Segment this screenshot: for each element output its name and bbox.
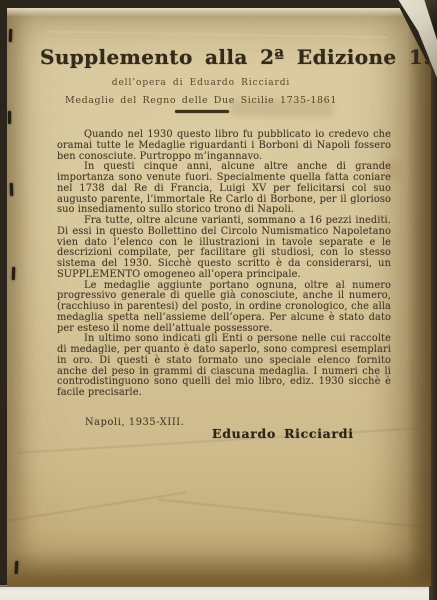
scanner-backing-strip [0, 585, 437, 600]
paragraph: Quando nel 1930 questo libro fu pubblica… [57, 130, 391, 162]
page-title: Supplemento alla 2ª Edizione 1930 [40, 45, 362, 69]
paper-crease [47, 31, 387, 38]
paper-right-browned-edge [407, 8, 431, 586]
staple [12, 267, 15, 280]
paragraph: In questi cinque anni, alcune altre anch… [57, 162, 391, 216]
divider-rule [175, 110, 229, 113]
paper-crease [8, 492, 186, 521]
paragraph: In ultimo sono indicati gli Enti o perso… [57, 334, 391, 399]
paper-crease [158, 499, 427, 528]
scanned-document-page: Supplemento alla 2ª Edizione 1930 dell’o… [0, 0, 437, 600]
body-text: Quando nel 1930 questo libro fu pubblica… [57, 130, 391, 399]
paper-top-edge [7, 8, 431, 17]
staple [10, 183, 13, 196]
staple [9, 29, 12, 42]
paragraph: Fra tutte, oltre alcune varianti, somman… [57, 216, 391, 281]
paragraph: Le medaglie aggiunte portano ognuna, olt… [57, 281, 391, 335]
staple [8, 111, 11, 124]
dateline: Napoli, 1935-XIII. [85, 417, 184, 428]
paper-bottom-browned-edge [7, 573, 431, 586]
paper-sheet: Supplemento alla 2ª Edizione 1930 dell’o… [7, 8, 431, 586]
subtitle-work: Medaglie del Regno delle Due Sicilie 173… [40, 95, 362, 106]
signature: Eduardo Ricciardi [212, 426, 338, 441]
subtitle-author: dell’opera di Eduardo Ricciardi [40, 78, 362, 88]
